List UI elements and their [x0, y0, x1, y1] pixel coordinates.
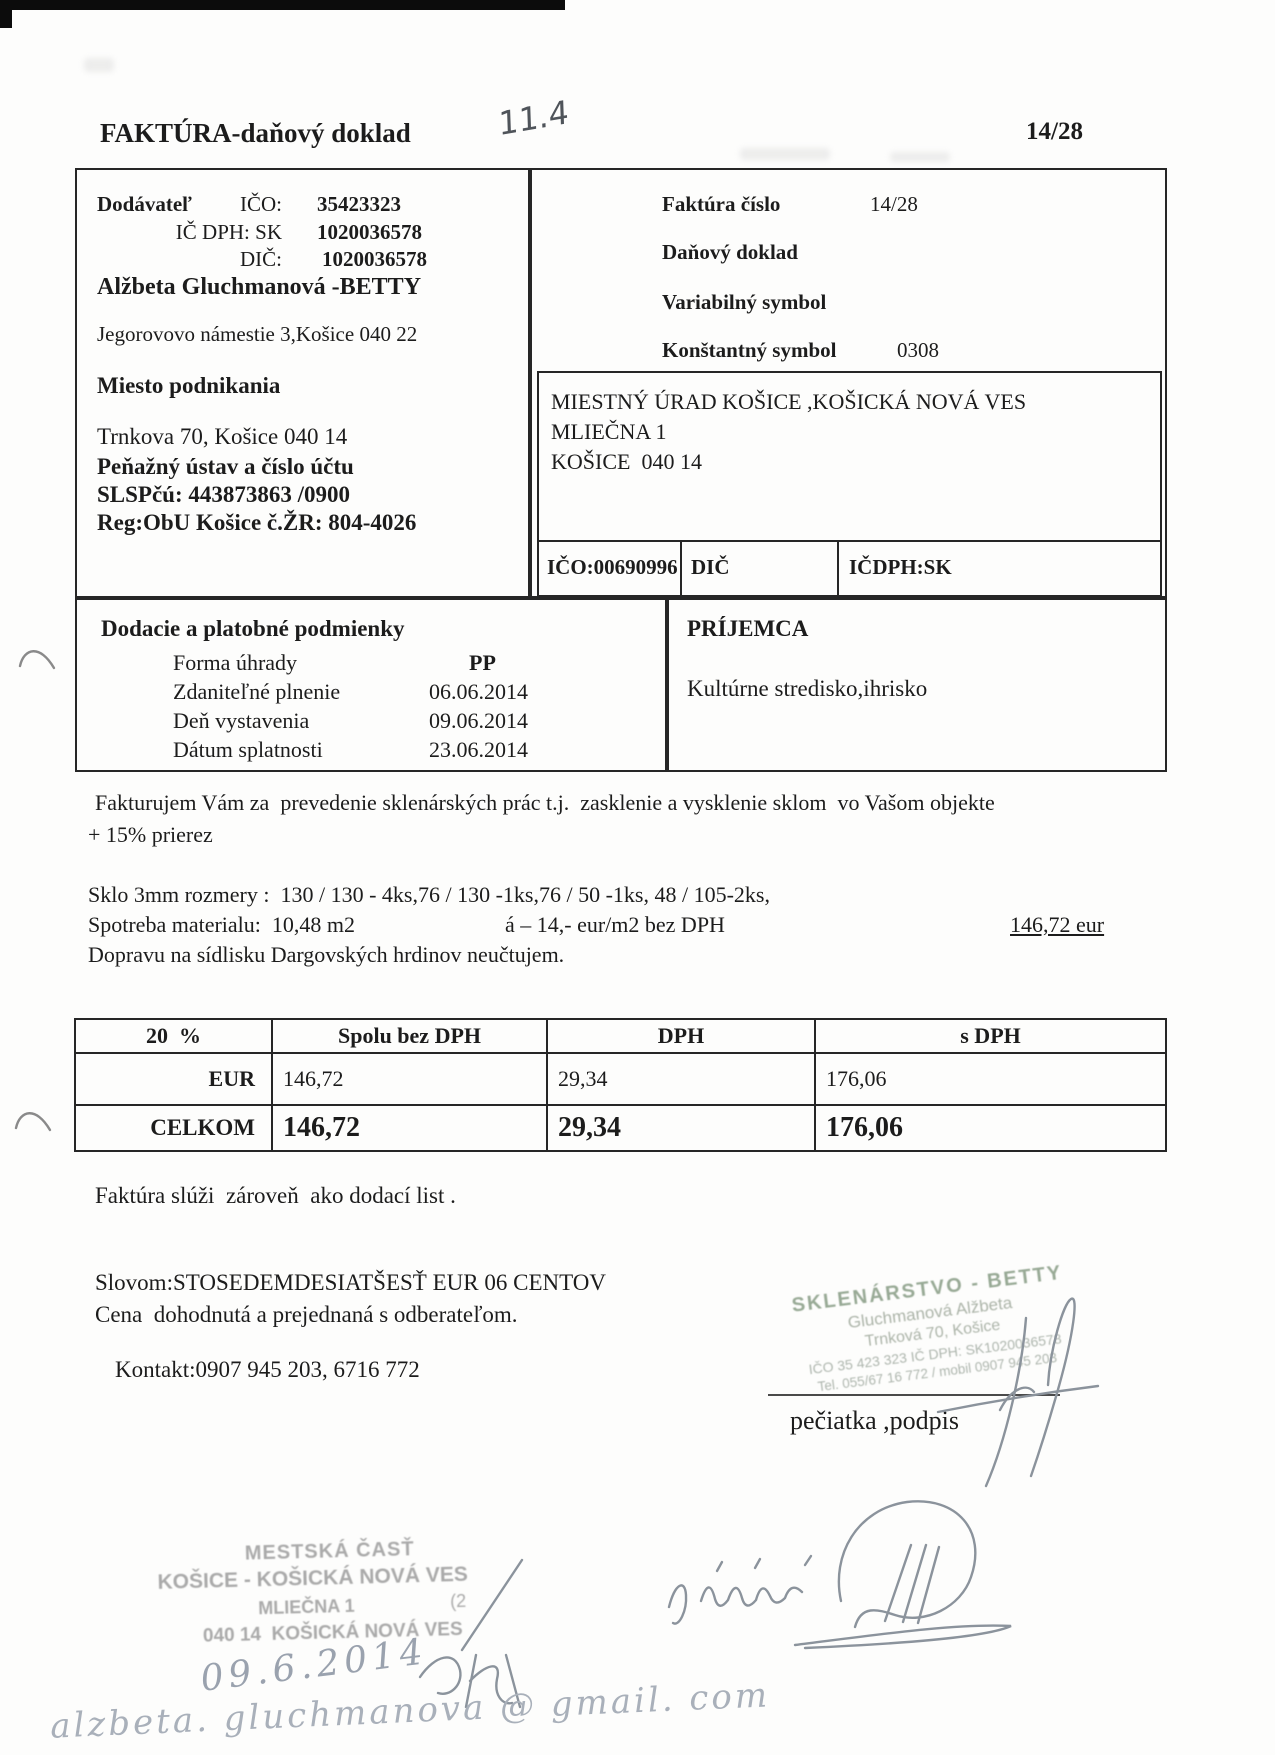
body-line-4-mid: á – 14,- eur/m2 bez DPH: [505, 912, 725, 937]
recipient-title: PRÍJEMCA: [687, 616, 808, 642]
office-stamp-line: MLIEČNA 1: [258, 1596, 355, 1620]
terms-row-value: 09.06.2014: [429, 708, 528, 733]
terms-row-label: Zdaniteľné plnenie: [173, 679, 340, 704]
customer-address-line: MIESTNÝ ÚRAD KOŠICE ,KOŠICKÁ NOVÁ VES: [551, 389, 1026, 414]
supplier-business-place: Trnkova 70, Košice 040 14: [97, 424, 347, 450]
terms-row-label: Forma úhrady: [173, 650, 297, 675]
scan-smudge: [890, 152, 950, 162]
supplier-icdph-label: IČ DPH: SK: [117, 220, 282, 244]
body-line-5: Dopravu na sídlisku Dargovských hrdinov …: [88, 942, 564, 967]
totals-eur-vat: 29,34: [547, 1053, 815, 1105]
terms-row-label: Deň vystavenia: [173, 708, 309, 733]
meta-row-label: Daňový doklad: [662, 240, 798, 264]
supplier-dic-label: DIČ:: [137, 247, 282, 271]
customer-icdph-label: IČDPH:SK: [849, 555, 952, 579]
price-note: Cena dohodnutá a prejednaná s odberateľo…: [95, 1302, 518, 1328]
body-line-4-amount: 146,72 eur: [1010, 912, 1104, 937]
page-title: FAKTÚRA-daňový doklad: [100, 118, 411, 149]
body-line-3: Sklo 3mm rozmery : 130 / 130 - 4ks,76 / …: [88, 882, 770, 907]
supplier-icdph-value: 1020036578: [317, 220, 422, 244]
meta-row-value: 0308: [897, 338, 939, 362]
supplier-name: Alžbeta Gluchmanová -BETTY: [97, 274, 421, 302]
scan-edge-artifact: [0, 0, 12, 28]
office-stamp-line: MESTSKÁ ČASŤ: [245, 1538, 415, 1565]
recipient-name: Kultúrne stredisko,ihrisko: [687, 676, 927, 702]
pen-arc-mark: [12, 1098, 56, 1142]
totals-celkom-vat: 29,34: [547, 1105, 815, 1151]
totals-celkom-gross: 176,06: [815, 1105, 1166, 1151]
totals-eur-net: 146,72: [272, 1053, 547, 1105]
supplier-ico-label: IČO:: [137, 192, 282, 216]
customer-id-row-divider: [539, 540, 1160, 542]
terms-row-value: 23.06.2014: [429, 737, 528, 762]
supplier-bank-account: SLSPčú: 443873863 /0900: [97, 482, 350, 508]
totals-header-vat: DPH: [547, 1019, 815, 1053]
totals-eur-row: EUR 146,72 29,34 176,06: [75, 1053, 1166, 1105]
terms-title: Dodacie a platobné podmienky: [101, 616, 405, 642]
customer-address-line: KOŠICE 040 14: [551, 449, 702, 474]
totals-celkom-row: CELKOM 146,72 29,34 176,06: [75, 1105, 1166, 1151]
delivery-note: Faktúra slúži zároveň ako dodací list .: [95, 1183, 456, 1209]
totals-table: 20 % Spolu bez DPH DPH s DPH EUR 146,72 …: [74, 1018, 1167, 1152]
body-line-2: + 15% prierez: [88, 822, 213, 847]
page-number: 14/28: [1026, 118, 1083, 147]
customer-ico: IČO:00690996: [547, 555, 678, 579]
recipient-box: PRÍJEMCA Kultúrne stredisko,ihrisko: [667, 598, 1167, 772]
handwritten-header-note: 11.4: [498, 94, 569, 144]
supplier-dic-value: 1020036578: [322, 247, 427, 271]
customer-address-line: MLIEČNA 1: [551, 419, 667, 444]
terms-row-value: PP: [469, 650, 496, 675]
meta-row-value: 14/28: [870, 192, 918, 216]
customer-id-cell-divider: [680, 540, 682, 595]
amount-in-words: Slovom:STOSEDEMDESIATŠESŤ EUR 06 CENTOV: [95, 1270, 606, 1296]
totals-header-gross: s DPH: [815, 1019, 1166, 1053]
customer-dic-label: DIČ: [691, 555, 730, 579]
totals-celkom-label: CELKOM: [75, 1105, 272, 1151]
totals-header-row: 20 % Spolu bez DPH DPH s DPH: [75, 1019, 1166, 1053]
terms-box: Dodacie a platobné podmienky Forma úhrad…: [75, 598, 667, 772]
supplier-business-place-label: Miesto podnikania: [97, 373, 280, 399]
meta-row-label: Faktúra číslo: [662, 192, 780, 216]
meta-row-label: Konštantný symbol: [662, 338, 836, 362]
terms-row-value: 06.06.2014: [429, 679, 528, 704]
scan-smudge: [740, 148, 830, 160]
supplier-box: Dodávateľ IČO: 35423323 IČ DPH: SK 10200…: [75, 168, 530, 598]
scan-smudge: [84, 58, 114, 72]
supplier-signature: [930, 1290, 1120, 1490]
supplier-address: Jegorovovo námestie 3,Košice 040 22: [97, 322, 417, 346]
terms-row-label: Dátum splatnosti: [173, 737, 323, 762]
pen-arc-mark: [16, 636, 60, 680]
approval-signature: [655, 1485, 1025, 1665]
customer-id-cell-divider: [837, 540, 839, 595]
totals-eur-gross: 176,06: [815, 1053, 1166, 1105]
meta-row-label: Variabilný symbol: [662, 290, 826, 314]
totals-celkom-net: 146,72: [272, 1105, 547, 1151]
invoice-page: FAKTÚRA-daňový doklad 11.4 14/28 Dodávat…: [0, 0, 1275, 1755]
scan-edge-artifact: [0, 0, 565, 10]
supplier-ico-value: 35423323: [317, 192, 401, 216]
totals-eur-label: EUR: [75, 1053, 272, 1105]
customer-box: MIESTNÝ ÚRAD KOŠICE ,KOŠICKÁ NOVÁ VES ML…: [537, 371, 1162, 597]
supplier-bank-label: Peňažný ústav a číslo účtu: [97, 454, 354, 480]
supplier-registration: Reg:ObU Košice č.ŽR: 804-4026: [97, 510, 416, 536]
body-line-4-left: Spotreba materialu: 10,48 m2: [88, 912, 355, 937]
contact-line: Kontakt:0907 945 203, 6716 772: [115, 1357, 420, 1383]
totals-header-net: Spolu bez DPH: [272, 1019, 547, 1053]
totals-header-rate: 20 %: [75, 1019, 272, 1053]
body-line-1: Fakturujem Vám za prevedenie sklenárskýc…: [95, 790, 995, 815]
